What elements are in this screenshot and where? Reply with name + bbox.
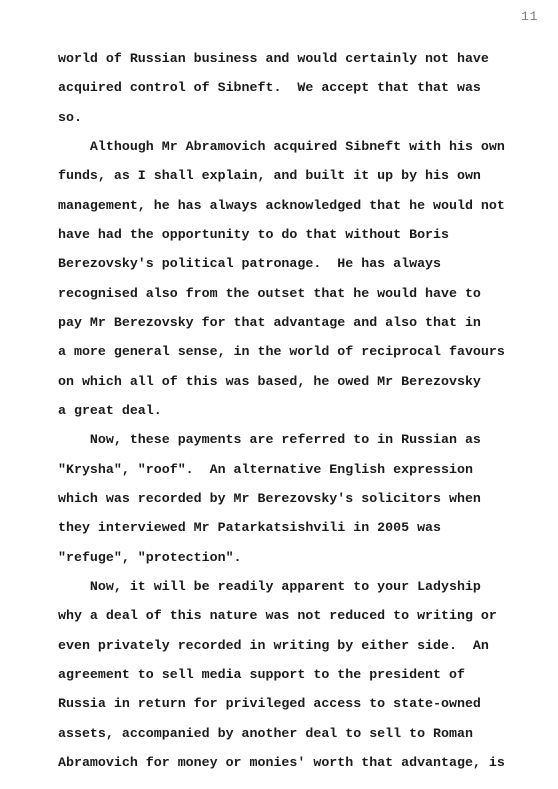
transcript-line: management, he has always acknowledged t…	[58, 191, 538, 220]
transcript-line: acquired control of Sibneft. We accept t…	[58, 73, 538, 102]
transcript-line: "refuge", "protection".	[58, 543, 538, 572]
transcript-line: so.	[58, 103, 538, 132]
transcript-line: even privately recorded in writing by ei…	[58, 631, 538, 660]
transcript-line: Russia in return for privileged access t…	[58, 689, 538, 718]
transcript-line: Berezovsky's political patronage. He has…	[58, 249, 538, 278]
transcript-line: Now, these payments are referred to in R…	[58, 425, 538, 454]
transcript-line: which was recorded by Mr Berezovsky's so…	[58, 484, 538, 513]
transcript-line: world of Russian business and would cert…	[58, 44, 538, 73]
transcript-line: Abramovich for money or monies' worth th…	[58, 748, 538, 777]
transcript-line: "Krysha", "roof". An alternative English…	[58, 455, 538, 484]
page-number: 11	[521, 9, 538, 24]
transcript-line: they interviewed Mr Patarkatsishvili in …	[58, 513, 538, 542]
transcript-line: a more general sense, in the world of re…	[58, 337, 538, 366]
transcript-line: Now, it will be readily apparent to your…	[58, 572, 538, 601]
transcript-text: world of Russian business and would cert…	[58, 44, 538, 777]
transcript-line: a great deal.	[58, 396, 538, 425]
transcript-line: pay Mr Berezovsky for that advantage and…	[58, 308, 538, 337]
transcript-line: funds, as I shall explain, and built it …	[58, 161, 538, 190]
transcript-line: Although Mr Abramovich acquired Sibneft …	[58, 132, 538, 161]
transcript-line: assets, accompanied by another deal to s…	[58, 719, 538, 748]
transcript-line: on which all of this was based, he owed …	[58, 367, 538, 396]
transcript-line: have had the opportunity to do that with…	[58, 220, 538, 249]
transcript-line: agreement to sell media support to the p…	[58, 660, 538, 689]
transcript-line: why a deal of this nature was not reduce…	[58, 601, 538, 630]
document-page: 11 world of Russian business and would c…	[0, 0, 558, 789]
transcript-line: recognised also from the outset that he …	[58, 279, 538, 308]
